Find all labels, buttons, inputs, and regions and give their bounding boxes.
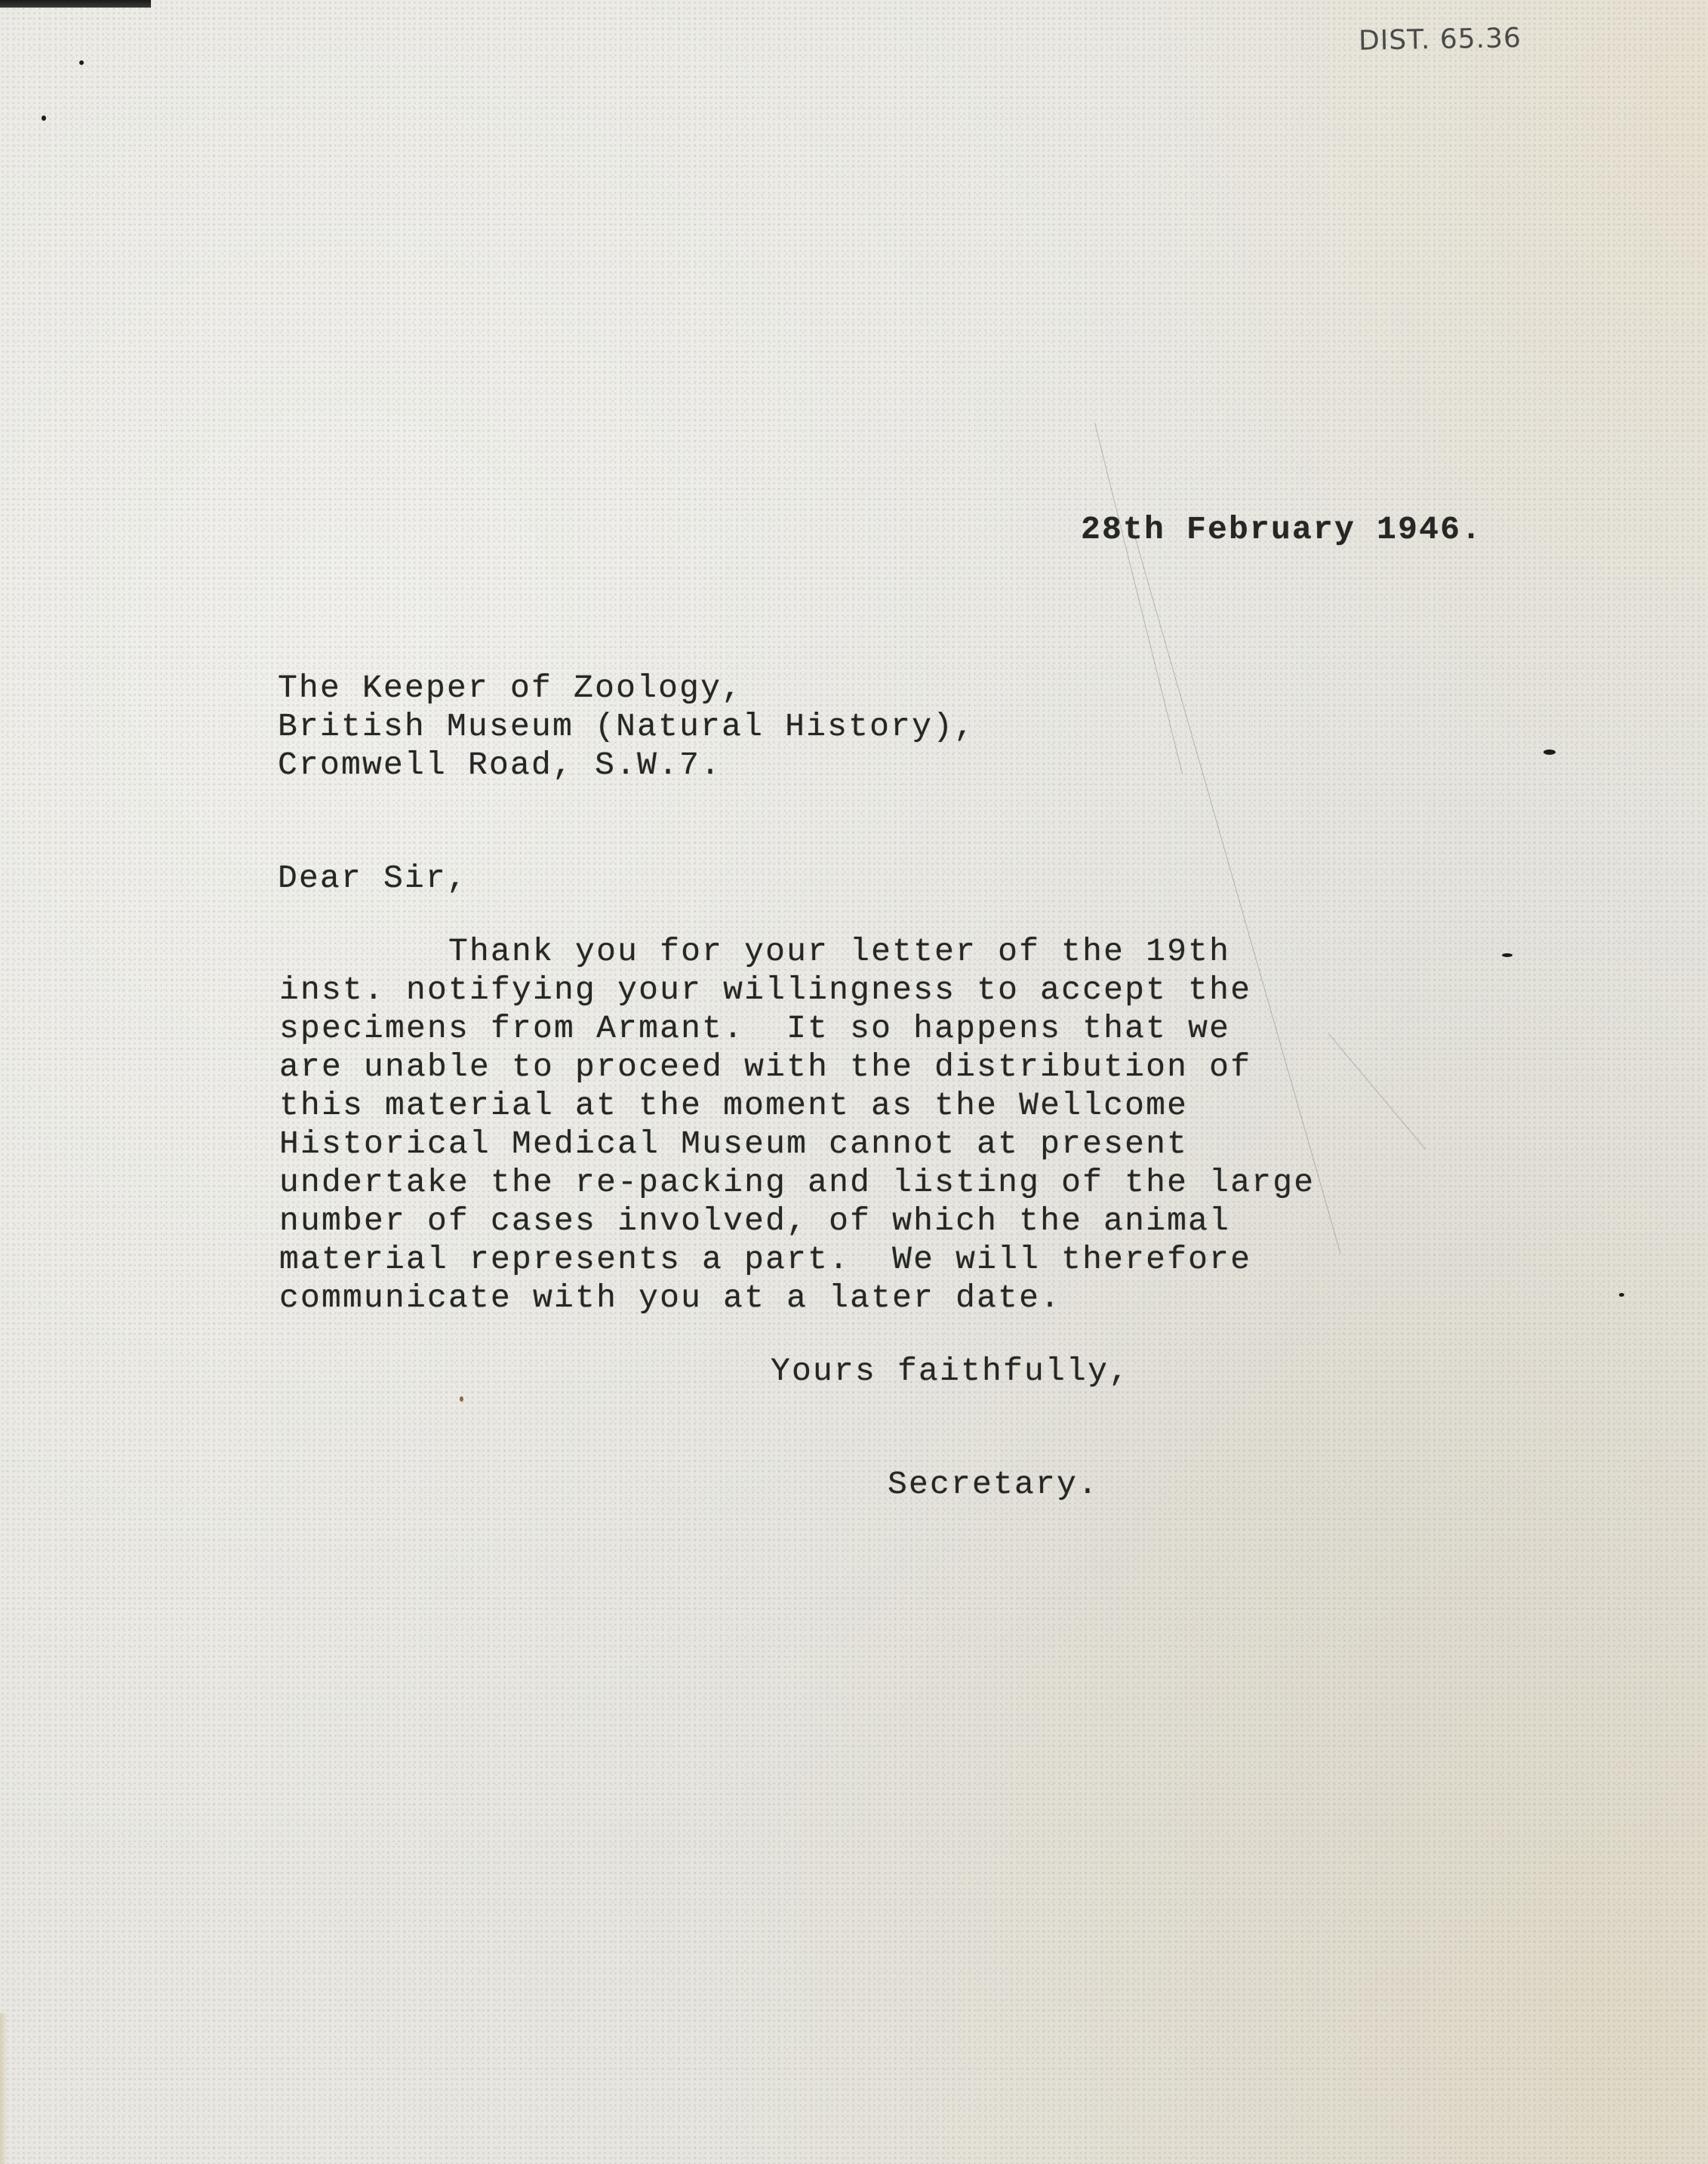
recipient-address: The Keeper of Zoology,British Museum (Na…	[278, 669, 975, 784]
ink-speck	[79, 60, 84, 65]
body-line: undertake the re-packing and listing of …	[279, 1163, 1315, 1202]
ink-speck	[42, 115, 46, 121]
letter-page: DIST. 65.36 28th February 1946. The Keep…	[0, 0, 1708, 2164]
address-line: Cromwell Road, S.W.7.	[278, 746, 975, 784]
body-line: number of cases involved, of which the a…	[279, 1202, 1315, 1240]
body-line: specimens from Armant. It so happens tha…	[279, 1009, 1315, 1048]
body-line: Thank you for your letter of the 19th	[279, 932, 1315, 971]
complimentary-close: Yours faithfully,	[771, 1352, 1130, 1390]
body-line: communicate with you at a later date.	[279, 1279, 1315, 1317]
archive-reference-annotation: DIST. 65.36	[1359, 23, 1522, 57]
salutation: Dear Sir,	[278, 859, 468, 897]
body-line: are unable to proceed with the distribut…	[279, 1048, 1315, 1086]
paper-edge	[0, 2013, 8, 2164]
paper-crease	[1094, 423, 1183, 774]
signature-title: Secretary.	[888, 1465, 1099, 1504]
body-line: this material at the moment as the Wellc…	[279, 1086, 1315, 1125]
body-line: material represents a part. We will ther…	[279, 1240, 1315, 1279]
address-line: The Keeper of Zoology,	[278, 669, 975, 707]
ink-speck	[1502, 953, 1513, 957]
paper-crease	[1328, 1033, 1426, 1150]
ink-speck	[1619, 1293, 1624, 1297]
ink-speck	[460, 1396, 463, 1402]
body-line: Historical Medical Museum cannot at pres…	[279, 1125, 1315, 1163]
ink-speck	[1543, 750, 1556, 755]
body-line: inst. notifying your willingness to acce…	[279, 971, 1315, 1009]
address-line: British Museum (Natural History),	[278, 707, 975, 746]
letter-date: 28th February 1946.	[1081, 510, 1482, 549]
letter-body: Thank you for your letter of the 19thins…	[279, 932, 1315, 1317]
scan-edge	[0, 0, 151, 8]
